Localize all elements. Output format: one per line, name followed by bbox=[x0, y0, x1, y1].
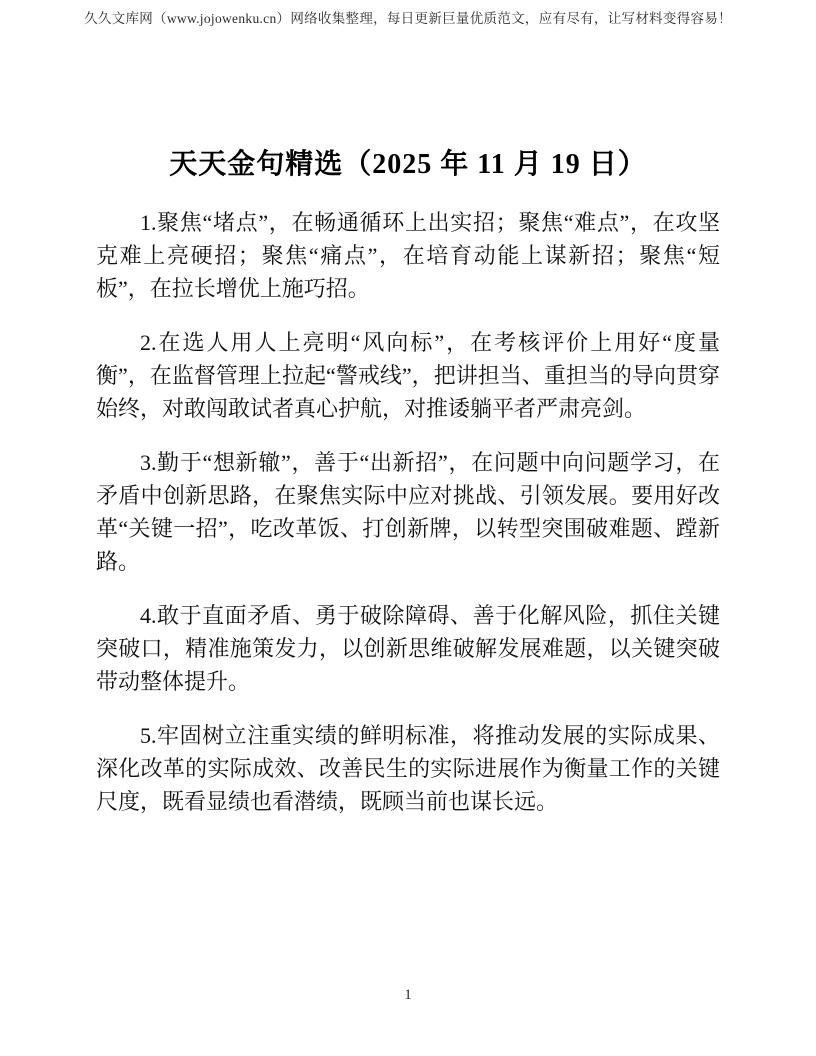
body-paragraph-3: 3.勤于“想新辙”，善于“出新招”，在问题中向问题学习，在矛盾中创新思路，在聚焦… bbox=[96, 446, 720, 578]
document-page: 久久文库网（www.jojowenku.cn）网络收集整理，每日更新巨量优质范文… bbox=[0, 0, 816, 1056]
body-paragraph-1: 1.聚焦“堵点”，在畅通循环上出实招；聚焦“难点”，在攻坚克难上亮硬招；聚焦“痛… bbox=[96, 206, 720, 305]
document-title: 天天金句精选（2025 年 11 月 19 日） bbox=[96, 142, 720, 182]
watermark-header: 久久文库网（www.jojowenku.cn）网络收集整理，每日更新巨量优质范文… bbox=[0, 7, 816, 27]
page-number: 1 bbox=[0, 987, 816, 1004]
body-paragraph-5: 5.牢固树立注重实绩的鲜明标准，将推动发展的实际成果、深化改革的实际成效、改善民… bbox=[96, 719, 720, 818]
body-paragraph-2: 2.在选人用人上亮明“风向标”，在考核评价上用好“度量衡”，在监督管理上拉起“警… bbox=[96, 326, 720, 425]
body-paragraph-4: 4.敢于直面矛盾、勇于破除障碍、善于化解风险，抓住关键突破口，精准施策发力，以创… bbox=[96, 599, 720, 698]
document-body: 1.聚焦“堵点”，在畅通循环上出实招；聚焦“难点”，在攻坚克难上亮硬招；聚焦“痛… bbox=[96, 206, 720, 839]
